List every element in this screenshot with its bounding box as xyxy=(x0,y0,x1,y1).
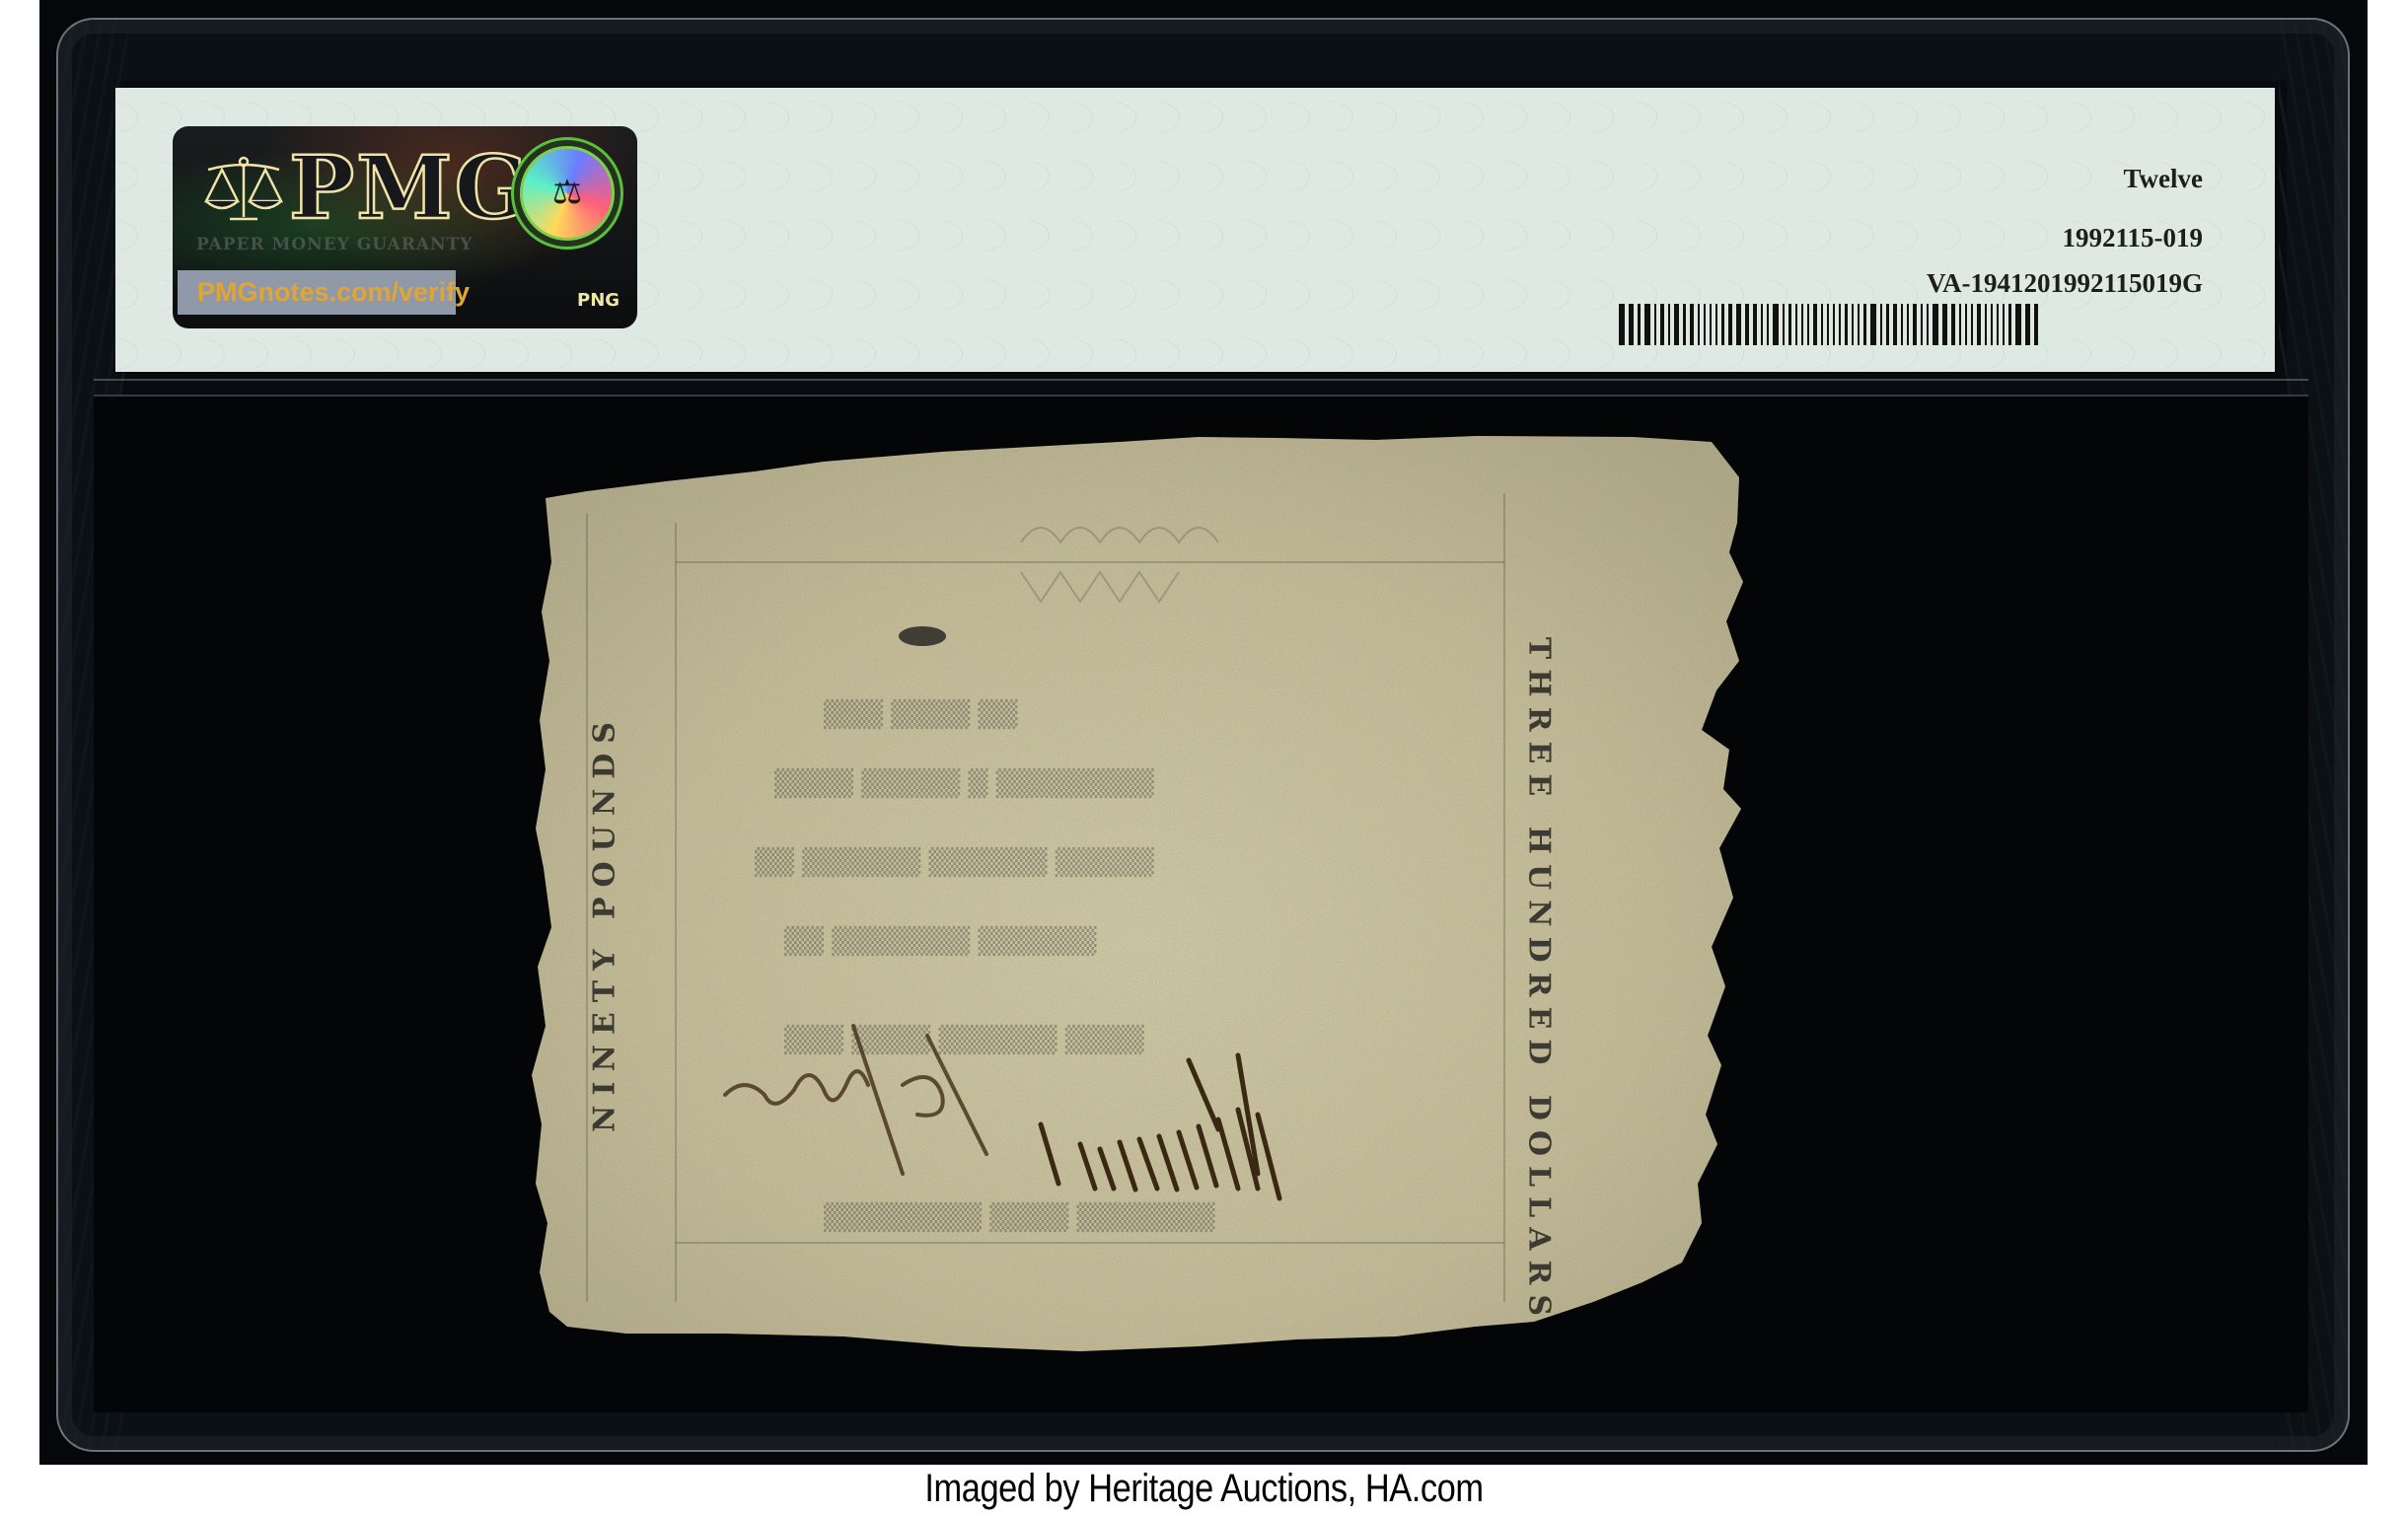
barcode-bar xyxy=(1959,304,1961,345)
barcode-bar xyxy=(1704,304,1706,345)
barcode-bar xyxy=(1721,304,1724,345)
barcode-bar xyxy=(1745,304,1749,345)
barcode-bar xyxy=(1674,304,1679,345)
grade-text: Twelve xyxy=(2124,164,2203,194)
barcode-bar xyxy=(1629,304,1634,345)
barcode-bar xyxy=(1845,304,1848,345)
pmg-logo-text: PMG xyxy=(289,140,531,235)
barcode-bar xyxy=(1783,304,1785,345)
barcode-bar xyxy=(1795,304,1797,345)
barcode-bar xyxy=(1619,304,1625,345)
show-through-print: ▒▒▒▒▒▒▒▒ ▒ ▒▒▒▒▒ ▒▒▒▒ xyxy=(774,769,1154,799)
scales-of-justice-icon xyxy=(202,154,285,225)
barcode-bar xyxy=(1951,304,1955,345)
barcode-bar xyxy=(1839,304,1841,345)
barcode-bar xyxy=(1715,304,1717,345)
barcode-bar xyxy=(1773,304,1779,345)
barcode-bar xyxy=(1971,304,1973,345)
barcode-bar xyxy=(2015,304,2021,345)
verify-link[interactable]: PMGnotes.com/verify xyxy=(178,270,456,315)
barcode-bar xyxy=(1788,304,1791,345)
barcode-bar xyxy=(1991,304,1993,345)
denomination-left: NINETY POUNDS xyxy=(588,712,622,1132)
catalog-code: VA-1941201992115019G xyxy=(1927,268,2203,299)
barcode-bar xyxy=(1827,304,1829,345)
barcode-bar xyxy=(1638,304,1641,345)
denomination-right: THREE HUNDRED DOLLARS xyxy=(1522,637,1557,1326)
barcode-bar xyxy=(1761,304,1763,345)
show-through-print: ▒▒▒▒▒ ▒▒▒▒▒▒ ▒▒▒▒▒▒ ▒▒ xyxy=(755,848,1154,878)
barcode-bar xyxy=(1644,304,1650,345)
show-through-print: ▒▒▒▒▒▒ ▒▒▒▒▒▒▒ ▒▒ xyxy=(784,927,1096,957)
barcode-bar xyxy=(1668,304,1670,345)
barcode-bar xyxy=(1893,304,1897,345)
barcode-bar xyxy=(1654,304,1656,345)
barcode-bar xyxy=(1933,304,1938,345)
barcode-bar xyxy=(1710,304,1712,345)
barcode-bar xyxy=(1852,304,1854,345)
barcode-bar xyxy=(1767,304,1769,345)
barcode-bar xyxy=(1927,304,1929,345)
barcode-bar xyxy=(1858,304,1860,345)
barcode-bar xyxy=(1942,304,1947,345)
barcode-bar xyxy=(1753,304,1757,345)
signature-mirrored xyxy=(705,1016,1317,1213)
barcode-bar xyxy=(1698,304,1700,345)
barcode-bar xyxy=(1913,304,1917,345)
barcode-bar xyxy=(1683,304,1686,345)
barcode-bar xyxy=(1985,304,1987,345)
scales-icon: ⚖ xyxy=(548,171,586,214)
barcode-bar xyxy=(1833,304,1835,345)
barcode-bar xyxy=(1907,304,1909,345)
barcode-bar xyxy=(1801,304,1803,345)
barcode-bar xyxy=(1690,304,1694,345)
barcode-bar xyxy=(1870,304,1876,345)
pmg-hologram-card: PMG ⚖ PAPER MONEY GUARANTY PMGnotes.com/… xyxy=(173,126,637,328)
png-badge: PNG xyxy=(577,290,620,311)
barcode-bar xyxy=(1660,304,1664,345)
banknote: ▒▒ ▒▒▒▒ ▒▒▒ ▒▒▒▒▒▒▒▒ ▒ ▒▒▒▒▒ ▒▒▒▒ ▒▒▒▒▒ … xyxy=(528,434,1751,1371)
barcode-bar xyxy=(1821,304,1823,345)
pmg-tagline: PAPER MONEY GUARANTY xyxy=(196,235,473,254)
barcode-bar xyxy=(1736,304,1741,345)
barcode-bar xyxy=(1965,304,1967,345)
barcode-bar xyxy=(1807,304,1809,345)
barcode-bar xyxy=(1921,304,1923,345)
hologram-seal-icon: ⚖ xyxy=(520,146,615,241)
barcode-bar xyxy=(2025,304,2030,345)
barcode-bar xyxy=(2034,304,2038,345)
barcode-bar xyxy=(1813,304,1817,345)
barcode-bar xyxy=(2008,304,2011,345)
slab-ridge-top xyxy=(94,379,2308,381)
barcode-bar xyxy=(1728,304,1732,345)
barcode-bar xyxy=(1997,304,1999,345)
image-credit: Imaged by Heritage Auctions, HA.com xyxy=(169,1467,2239,1511)
barcode-bar xyxy=(1901,304,1903,345)
barcode-bar xyxy=(1977,304,1981,345)
barcode-icon xyxy=(1619,304,2203,345)
barcode-bar xyxy=(1880,304,1882,345)
barcode-bar xyxy=(2003,304,2005,345)
show-through-print: ▒▒ ▒▒▒▒ ▒▒▒ xyxy=(824,700,1018,730)
cert-number: 1992115-019 xyxy=(2062,223,2203,253)
barcode-bar xyxy=(1886,304,1889,345)
barcode-bar xyxy=(1863,304,1866,345)
